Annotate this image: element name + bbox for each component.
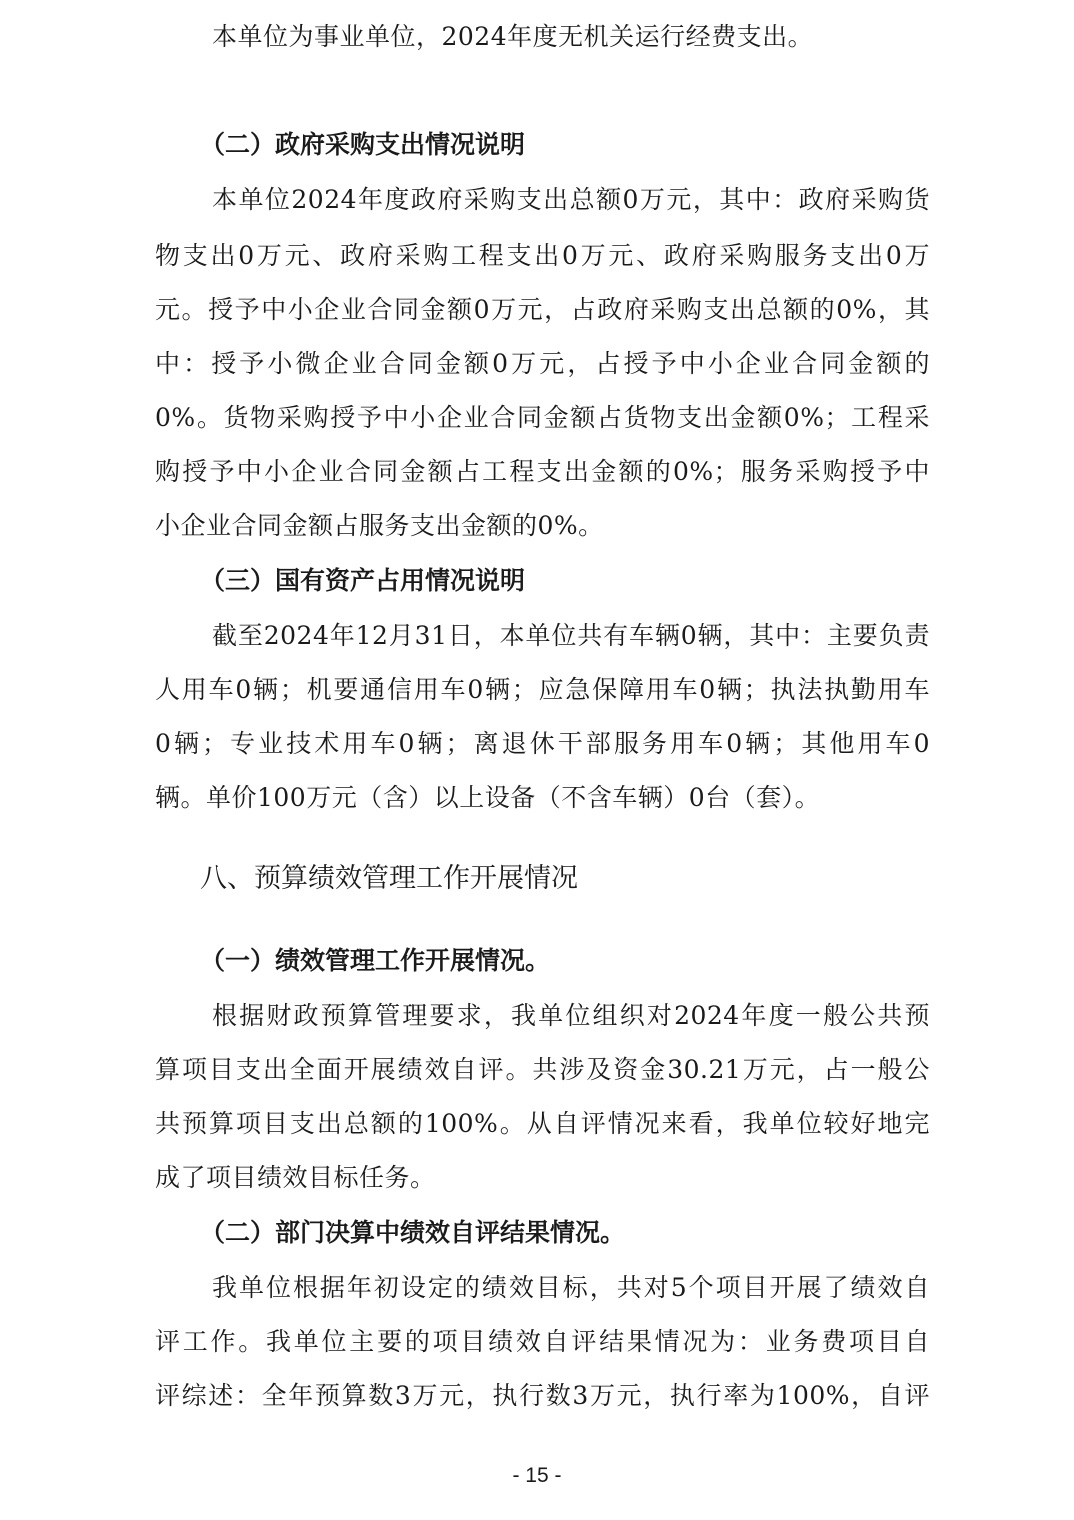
paragraph-line: 中：授予小微企业合同金额0万元，占授予中小企业合同金额的 [155, 347, 930, 381]
paragraph-line: 元。授予中小企业合同金额0万元，占政府采购支出总额的0%，其 [155, 293, 930, 327]
paragraph-line: 根据财政预算管理要求，我单位组织对2024年度一般公共预 [212, 999, 930, 1033]
subsection-heading: （一）绩效管理工作开展情况。 [200, 944, 550, 978]
paragraph-line: 小企业合同金额占服务支出金额的0%。 [155, 509, 930, 543]
paragraph-line: 辆。单价100万元（含）以上设备（不含车辆）0台（套）。 [155, 781, 930, 815]
paragraph-line: 本单位为事业单位，2024年度无机关运行经费支出。 [212, 20, 930, 54]
page-number: - 15 - [0, 1464, 1074, 1488]
paragraph-line: 我单位根据年初设定的绩效目标，共对5个项目开展了绩效自 [212, 1271, 930, 1305]
paragraph-line: 本单位2024年度政府采购支出总额0万元，其中：政府采购货 [212, 183, 930, 217]
paragraph-line: 购授予中小企业合同金额占工程支出金额的0%；服务采购授予中 [155, 455, 930, 489]
subsection-heading: （二）政府采购支出情况说明 [200, 128, 525, 162]
section-heading: 八、预算绩效管理工作开展情况 [200, 861, 578, 897]
paragraph-line: 人用车0辆；机要通信用车0辆；应急保障用车0辆；执法执勤用车 [155, 673, 930, 707]
paragraph-line: 成了项目绩效目标任务。 [155, 1161, 930, 1195]
subsection-heading: （三）国有资产占用情况说明 [200, 564, 525, 598]
document-page: - 15 - 本单位为事业单位，2024年度无机关运行经费支出。（二）政府采购支… [0, 0, 1074, 1520]
paragraph-line: 算项目支出全面开展绩效自评。共涉及资金30.21万元，占一般公 [155, 1053, 930, 1087]
subsection-heading: （二）部门决算中绩效自评结果情况。 [200, 1216, 625, 1250]
paragraph-line: 0%。货物采购授予中小企业合同金额占货物支出金额0%；工程采 [155, 401, 930, 435]
paragraph-line: 0辆；专业技术用车0辆；离退休干部服务用车0辆；其他用车0 [155, 727, 930, 761]
paragraph-line: 评工作。我单位主要的项目绩效自评结果情况为：业务费项目自 [155, 1325, 930, 1359]
paragraph-line: 截至2024年12月31日，本单位共有车辆0辆，其中：主要负责 [212, 619, 930, 653]
paragraph-line: 共预算项目支出总额的100%。从自评情况来看，我单位较好地完 [155, 1107, 930, 1141]
paragraph-line: 物支出0万元、政府采购工程支出0万元、政府采购服务支出0万 [155, 239, 930, 273]
paragraph-line: 评综述：全年预算数3万元，执行数3万元，执行率为100%，自评 [155, 1379, 930, 1413]
